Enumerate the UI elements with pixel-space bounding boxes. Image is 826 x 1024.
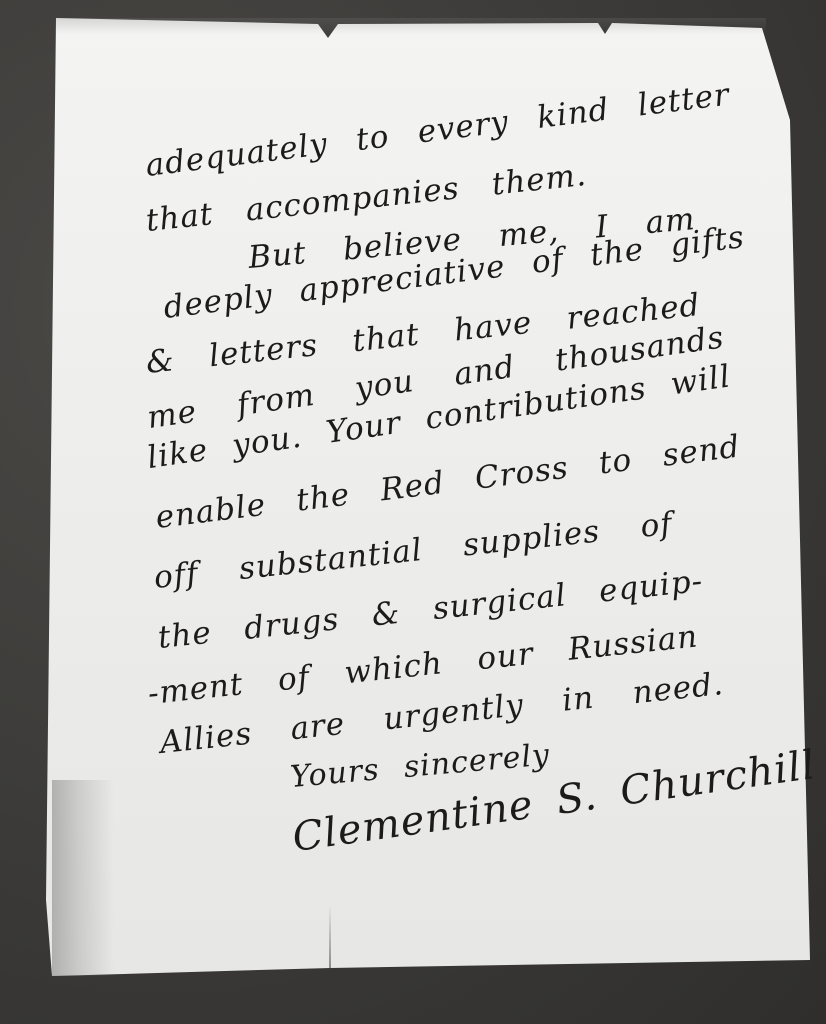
paper-stain — [44, 780, 114, 976]
letter-paper — [0, 0, 826, 1024]
paper-top-edge — [56, 18, 766, 34]
paper-fold — [329, 905, 331, 970]
